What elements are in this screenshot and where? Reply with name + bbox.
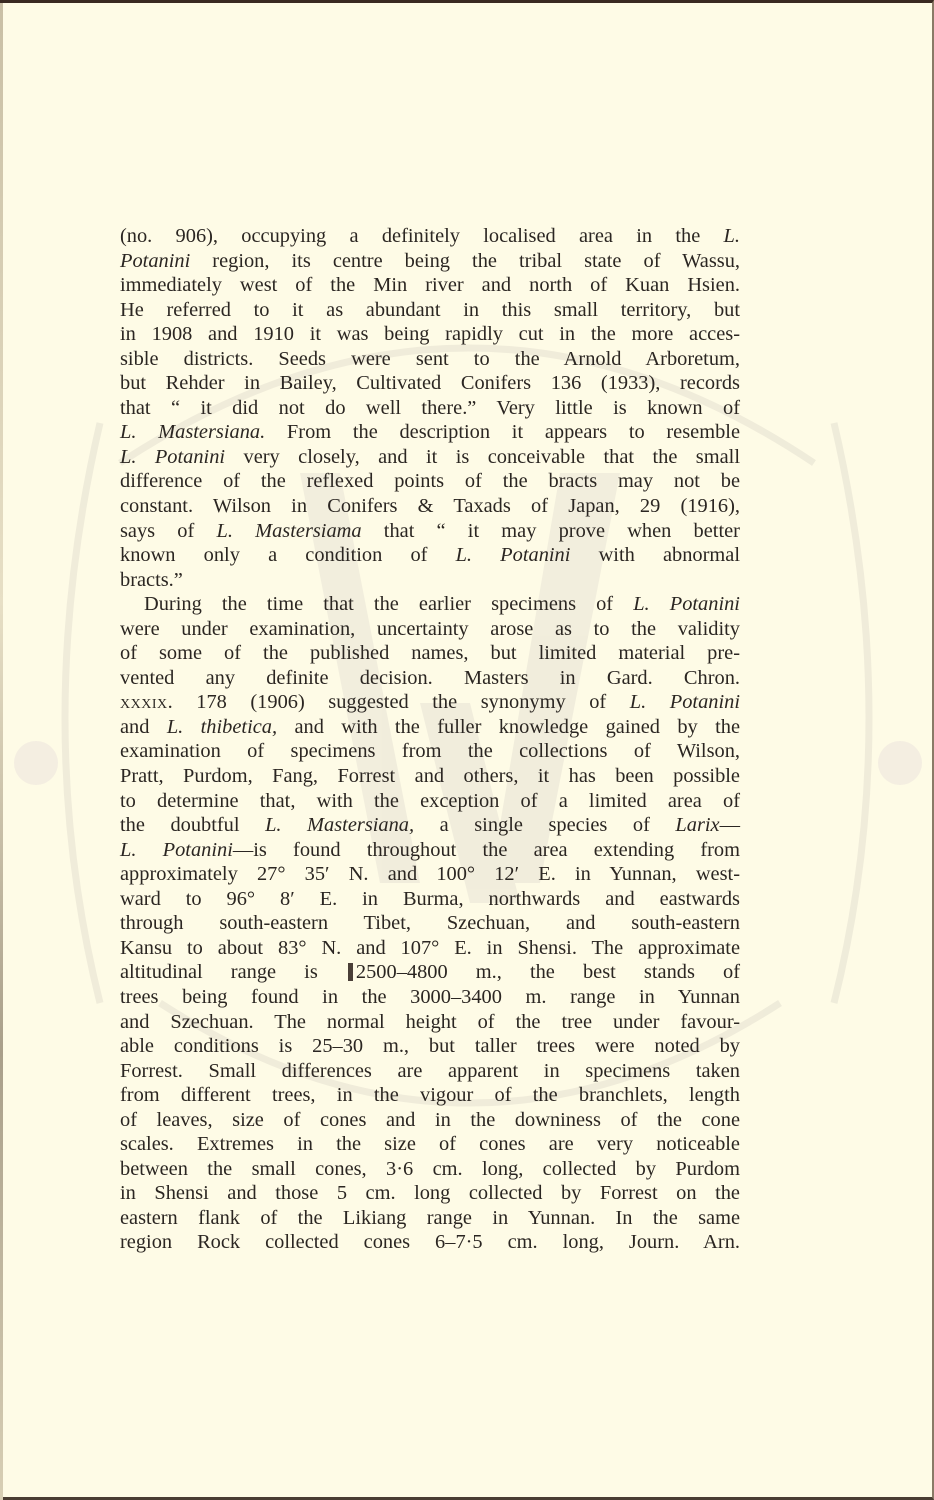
italic-text: L. Potanini bbox=[633, 593, 740, 615]
italic-text: L. Mastersiama bbox=[216, 520, 361, 542]
text-run: and with the fuller knowledge gained by … bbox=[277, 716, 740, 738]
text-run: in 1908 and 1910 it was being rapidly cu… bbox=[120, 323, 740, 345]
text-run: were under examination, uncertainty aros… bbox=[120, 618, 740, 640]
text-line: through south-eastern Tibet, Szechuan, a… bbox=[120, 911, 740, 936]
page-binding-edge bbox=[0, 3, 3, 1500]
text-line: of some of the published names, but limi… bbox=[120, 641, 740, 666]
text-line: of leaves, size of cones and in the down… bbox=[120, 1108, 740, 1133]
text-line: altitudinal range is 2500–4800 m., the b… bbox=[120, 960, 740, 985]
text-line: known only a condition of L. Potanini wi… bbox=[120, 543, 740, 568]
text-line: were under examination, uncertainty aros… bbox=[120, 617, 740, 642]
text-run: Forrest. Small differences are apparent … bbox=[120, 1060, 740, 1082]
text-run: through south-eastern Tibet, Szechuan, a… bbox=[120, 912, 740, 934]
text-line: immediately west of the Min river and no… bbox=[120, 273, 740, 298]
italic-text: L. Potanini bbox=[630, 691, 740, 713]
text-line: trees being found in the 3000–3400 m. ra… bbox=[120, 985, 740, 1010]
text-run: says of bbox=[120, 520, 216, 542]
text-run: sible districts. Seeds were sent to the … bbox=[120, 348, 740, 370]
text-line: bracts.” bbox=[120, 568, 740, 593]
text-line: L. Potanini very closely, and it is conc… bbox=[120, 445, 740, 470]
text-run: 2500–4800 m., the best stands of bbox=[356, 961, 740, 983]
text-line: (no. 906), occupying a definitely locali… bbox=[120, 224, 740, 249]
text-line: that “ it did not do well there.” Very l… bbox=[120, 396, 740, 421]
italic-text: L. Potanini bbox=[456, 544, 571, 566]
text-run: He referred to it as abundant in this sm… bbox=[120, 299, 740, 321]
italic-text: Potanini bbox=[120, 250, 190, 272]
text-run: to determine that, with the exception of… bbox=[120, 790, 740, 812]
text-run: constant. Wilson in Conifers & Taxads of… bbox=[120, 495, 740, 517]
text-run: (no. 906), occupying a definitely locali… bbox=[120, 225, 724, 247]
text-run: approximately 27° 35′ N. and 100° 12′ E.… bbox=[120, 863, 740, 885]
italic-text: L. Mastersiana, bbox=[265, 814, 414, 836]
text-run: region Rock collected cones 6–7·5 cm. lo… bbox=[120, 1231, 740, 1253]
text-run: xxxix bbox=[120, 691, 168, 713]
text-line: During the time that the earlier specime… bbox=[120, 592, 740, 617]
text-run: the doubtful bbox=[120, 814, 265, 836]
text-line: He referred to it as abundant in this sm… bbox=[120, 298, 740, 323]
text-run: of leaves, size of cones and in the down… bbox=[120, 1109, 740, 1131]
text-run: ward to 96° 8′ E. in Burma, northwards a… bbox=[120, 888, 740, 910]
italic-text: L. bbox=[724, 225, 740, 247]
text-run: between the small cones, 3·6 cm. long, c… bbox=[120, 1158, 740, 1180]
italic-text: L. thibetica, bbox=[167, 716, 277, 738]
italic-text: L. Potanini bbox=[120, 446, 225, 468]
text-run: During the time that the earlier specime… bbox=[144, 593, 633, 615]
text-line: approximately 27° 35′ N. and 100° 12′ E.… bbox=[120, 862, 740, 887]
text-line: and Szechuan. The normal height of the t… bbox=[120, 1010, 740, 1035]
text-run: difference of the reflexed points of the… bbox=[120, 470, 740, 492]
paragraph: During the time that the earlier specime… bbox=[120, 592, 740, 1255]
text-line: Kansu to about 83° N. and 107° E. in She… bbox=[120, 936, 740, 961]
text-run: from different trees, in the vigour of t… bbox=[120, 1084, 740, 1106]
text-run: trees being found in the 3000–3400 m. ra… bbox=[120, 986, 740, 1008]
italic-text: L. Mastersiana. bbox=[120, 421, 265, 443]
text-line: scales. Extremes in the size of cones ar… bbox=[120, 1132, 740, 1157]
text-run: but Rehder in Bailey, Cultivated Conifer… bbox=[120, 372, 740, 394]
text-line: L. Mastersiana. From the description it … bbox=[120, 420, 740, 445]
text-run: of some of the published names, but limi… bbox=[120, 642, 740, 664]
text-line: the doubtful L. Mastersiana, a single sp… bbox=[120, 813, 740, 838]
text-line: able conditions is 25–30 m., but taller … bbox=[120, 1034, 740, 1059]
text-line: eastern flank of the Likiang range in Yu… bbox=[120, 1206, 740, 1231]
text-run: scales. Extremes in the size of cones ar… bbox=[120, 1133, 740, 1155]
text-line: sible districts. Seeds were sent to the … bbox=[120, 347, 740, 372]
text-line: examination of specimens from the collec… bbox=[120, 739, 740, 764]
text-run: a single species of bbox=[414, 814, 675, 836]
text-line: region Rock collected cones 6–7·5 cm. lo… bbox=[120, 1230, 740, 1255]
text-line: constant. Wilson in Conifers & Taxads of… bbox=[120, 494, 740, 519]
text-run: From the description it appears to resem… bbox=[265, 421, 740, 443]
text-run: in Shensi and those 5 cm. long collected… bbox=[120, 1182, 740, 1204]
text-run: . 178 (1906) suggested the synonymy of bbox=[168, 691, 630, 713]
text-line: between the small cones, 3·6 cm. long, c… bbox=[120, 1157, 740, 1182]
text-run: vented any definite decision. Masters in… bbox=[120, 667, 740, 689]
text-run: altitudinal range is bbox=[120, 961, 346, 983]
text-run: — bbox=[720, 814, 740, 836]
text-line: and L. thibetica, and with the fuller kn… bbox=[120, 715, 740, 740]
text-line: xxxix. 178 (1906) suggested the synonymy… bbox=[120, 690, 740, 715]
italic-text: Larix bbox=[675, 814, 719, 836]
text-run: Pratt, Purdom, Fang, Forrest and others,… bbox=[120, 765, 740, 787]
text-run: Kansu to about 83° N. and 107° E. in She… bbox=[120, 937, 740, 959]
text-line: L. Potanini—is found throughout the area… bbox=[120, 838, 740, 863]
text-line: Potanini region, its centre being the tr… bbox=[120, 249, 740, 274]
text-line: difference of the reflexed points of the… bbox=[120, 469, 740, 494]
text-line: ward to 96° 8′ E. in Burma, northwards a… bbox=[120, 887, 740, 912]
text-run: and bbox=[120, 716, 167, 738]
text-line: Pratt, Purdom, Fang, Forrest and others,… bbox=[120, 764, 740, 789]
text-run: immediately west of the Min river and no… bbox=[120, 274, 740, 296]
text-run: —is found throughout the area extending … bbox=[233, 839, 740, 861]
text-run: examination of specimens from the collec… bbox=[120, 740, 740, 762]
text-run: eastern flank of the Likiang range in Yu… bbox=[120, 1207, 740, 1229]
body-text: (no. 906), occupying a definitely locali… bbox=[120, 224, 740, 1255]
text-run: region, its centre being the tribal stat… bbox=[190, 250, 740, 272]
book-page: (no. 906), occupying a definitely locali… bbox=[0, 0, 934, 1500]
text-line: in Shensi and those 5 cm. long collected… bbox=[120, 1181, 740, 1206]
paragraph: (no. 906), occupying a definitely locali… bbox=[120, 224, 740, 592]
text-line: to determine that, with the exception of… bbox=[120, 789, 740, 814]
text-line: Forrest. Small differences are apparent … bbox=[120, 1059, 740, 1084]
text-run: known only a condition of bbox=[120, 544, 456, 566]
text-run: that “ it may prove when better bbox=[362, 520, 740, 542]
text-run: bracts.” bbox=[120, 569, 183, 591]
text-line: says of L. Mastersiama that “ it may pro… bbox=[120, 519, 740, 544]
text-line: from different trees, in the vigour of t… bbox=[120, 1083, 740, 1108]
text-run: able conditions is 25–30 m., but taller … bbox=[120, 1035, 740, 1057]
text-line: but Rehder in Bailey, Cultivated Conifer… bbox=[120, 371, 740, 396]
text-run: and Szechuan. The normal height of the t… bbox=[120, 1011, 740, 1033]
italic-text: L. Potanini bbox=[120, 839, 233, 861]
text-line: in 1908 and 1910 it was being rapidly cu… bbox=[120, 322, 740, 347]
text-run: that “ it did not do well there.” Very l… bbox=[120, 397, 740, 419]
text-run: very closely, and it is conceivable that… bbox=[225, 446, 740, 468]
ink-mark bbox=[348, 963, 353, 981]
text-run: with abnormal bbox=[570, 544, 740, 566]
text-line: vented any definite decision. Masters in… bbox=[120, 666, 740, 691]
